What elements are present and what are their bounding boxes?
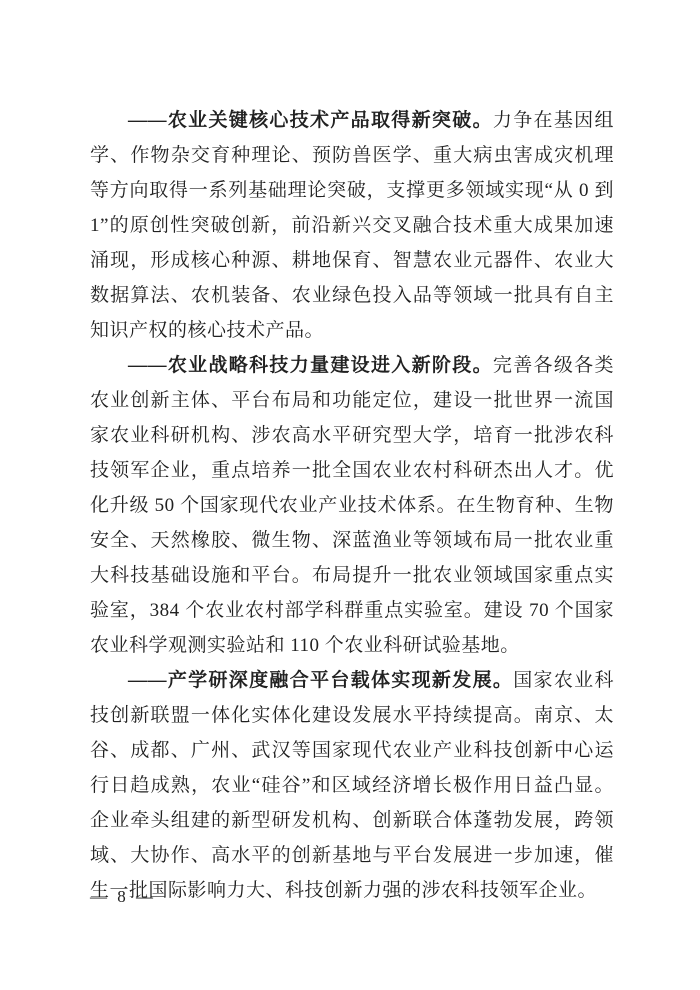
document-page: ——农业关键核心技术产品取得新突破。力争在基因组学、作物杂交育种理论、预防兽医学… — [0, 0, 700, 990]
paragraph-3-lead: ——产学研深度融合平台载体实现新发展。 — [128, 670, 513, 691]
paragraph-1: ——农业关键核心技术产品取得新突破。力争在基因组学、作物杂交育种理论、预防兽医学… — [90, 103, 614, 348]
paragraph-3: ——产学研深度融合平台载体实现新发展。国家农业科技创新联盟一体化实体化建设发展水… — [90, 663, 614, 908]
paragraph-2-text: 完善各级各类农业创新主体、平台布局和功能定位，建设一批世界一流国家农业科研机构、… — [90, 355, 614, 656]
paragraph-2-lead: ——农业战略科技力量建设进入新阶段。 — [128, 355, 493, 376]
paragraph-1-text: 力争在基因组学、作物杂交育种理论、预防兽医学、重大病虫害成灾机理等方向取得一系列… — [90, 110, 614, 341]
page-number: — 8 — — [90, 887, 156, 907]
paragraph-1-lead: ——农业关键核心技术产品取得新突破。 — [128, 110, 493, 131]
paragraph-2: ——农业战略科技力量建设进入新阶段。完善各级各类农业创新主体、平台布局和功能定位… — [90, 348, 614, 663]
paragraph-3-text: 国家农业科技创新联盟一体化实体化建设发展水平持续提高。南京、太谷、成都、广州、武… — [90, 670, 614, 901]
document-body: ——农业关键核心技术产品取得新突破。力争在基因组学、作物杂交育种理论、预防兽医学… — [90, 103, 614, 908]
